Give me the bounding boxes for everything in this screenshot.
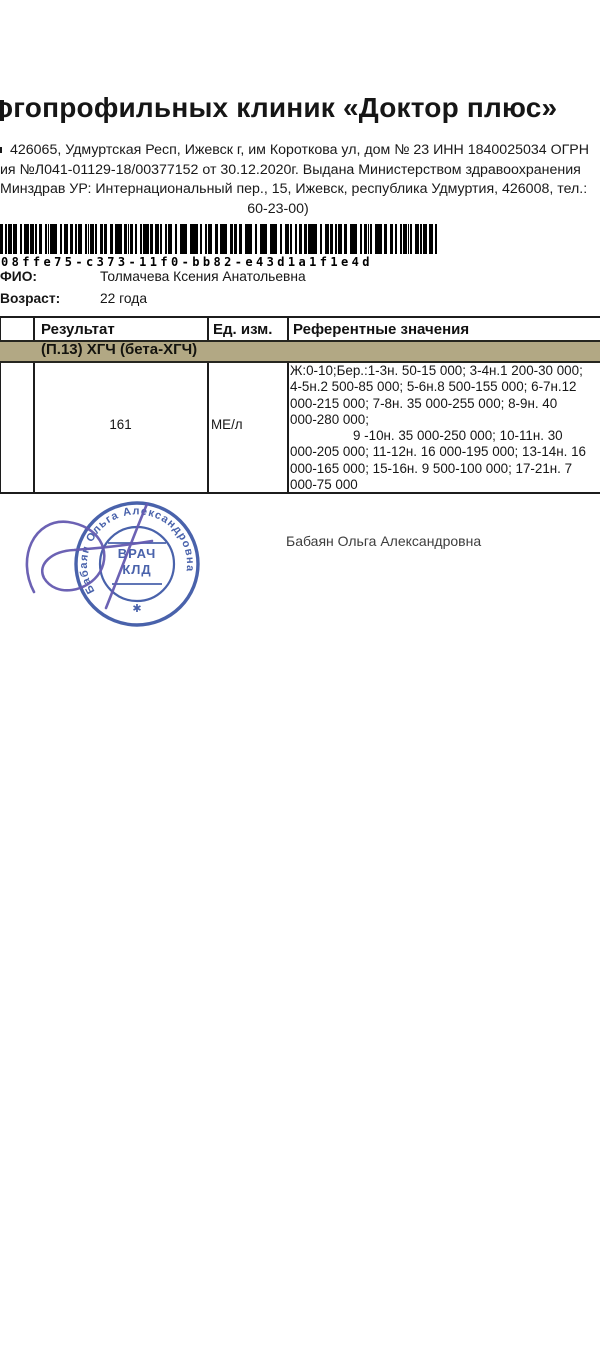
- lab-report-page: огопрофильных клиник «Доктор плюс» 42606…: [0, 0, 600, 1365]
- reference-values: Ж:0-10;Бер.:1-3н. 50-15 000; 3-4н.1 200-…: [290, 363, 600, 493]
- fio-value: Толмачева Ксения Анатольевна: [100, 269, 306, 284]
- clinic-title: огопрофильных клиник «Доктор плюс»: [0, 92, 557, 124]
- stamp-center-line2: КЛД: [122, 562, 151, 577]
- reference-line: Ж:0-10;Бер.:1-3н. 50-15 000; 3-4н.1 200-…: [290, 363, 600, 379]
- reference-line: 9 -10н. 35 000-250 000; 10-11н. 30: [290, 428, 600, 444]
- reference-line: 000-205 000; 11-12н. 16 000-195 000; 13-…: [290, 444, 600, 460]
- barcode-caption: 08ffe75-c373-11f0-bb82-e43d1a1f1e4d: [1, 255, 373, 269]
- result-value: 161: [34, 417, 207, 432]
- section-title-hcg: (П.13) ХГЧ (бета-ХГЧ): [41, 341, 197, 358]
- barcode-image: [0, 224, 437, 254]
- unit-value: МЕ/л: [211, 417, 243, 432]
- fio-label: ФИО:: [0, 269, 37, 284]
- age-label: Возраст:: [0, 291, 60, 306]
- address-line: 60-23-00): [0, 200, 556, 220]
- reference-line: 000-280 000;: [290, 412, 600, 428]
- column-header-reference: Референтные значения: [293, 321, 469, 338]
- address-line: ия №Л041-01129-18/00377152 от 30.12.2020…: [0, 161, 600, 181]
- column-header-result: Результат: [41, 321, 115, 338]
- address-line: Минздрав УР: Интернациональный пер., 15,…: [0, 180, 600, 200]
- reference-line: 000-165 000; 15-16н. 9 500-100 000; 17-2…: [290, 461, 600, 477]
- address-line: 426065, Удмуртская Респ, Ижевск г, им Ко…: [0, 141, 600, 161]
- patient-fio-row: ФИО: Толмачева Ксения Анатольевна: [0, 269, 600, 284]
- reference-line: 000-75 000: [290, 477, 600, 493]
- table-border: [0, 316, 600, 318]
- age-value: 22 года: [100, 291, 147, 306]
- doctor-name: Бабаян Ольга Александровна: [286, 533, 481, 549]
- stamp-center-line1: ВРАЧ: [118, 546, 156, 561]
- doctor-stamp-and-signature: Бабаян Ольга Александровна ВРАЧ КЛД ✱: [0, 488, 280, 664]
- stamp-star-icon: ✱: [132, 603, 141, 615]
- column-header-unit: Ед. изм.: [213, 321, 272, 338]
- reference-line: 000-215 000; 7-8н. 35 000-255 000; 8-9н.…: [290, 396, 600, 412]
- reference-line: 4-5н.2 500-85 000; 5-6н.8 500-155 000; 6…: [290, 379, 600, 395]
- patient-age-row: Возраст: 22 года: [0, 291, 600, 306]
- clinic-address: 426065, Удмуртская Респ, Ижевск г, им Ко…: [0, 141, 600, 220]
